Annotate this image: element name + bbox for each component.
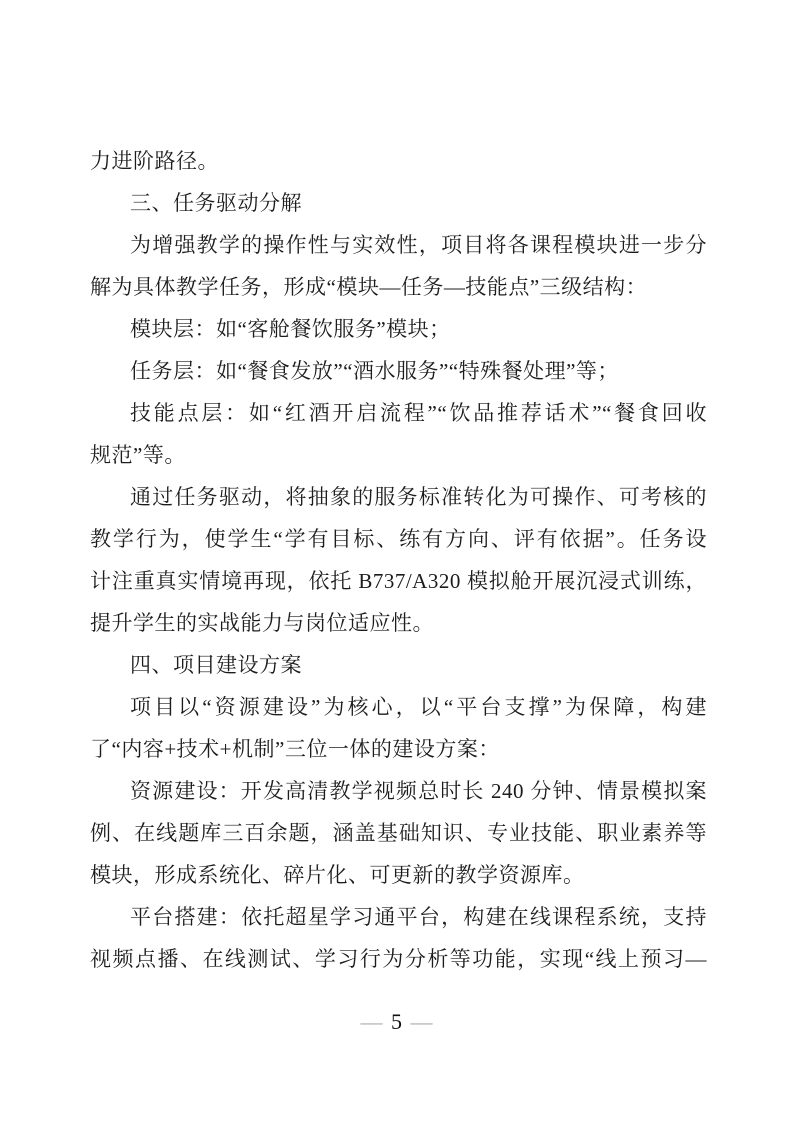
text-line: 平台搭建：依托超星学习通平台，构建在线课程系统，支持 [90,896,707,938]
text-line: 提升学生的实战能力与岗位适应性。 [90,602,707,644]
document-body: 力进阶路径。 三、任务驱动分解 为增强教学的操作性与实效性，项目将各课程模块进一… [90,140,707,980]
text-line: 项目以“资源建设”为核心，以“平台支撑”为保障，构建 [90,686,707,728]
text-line: 力进阶路径。 [90,140,707,182]
text-line: 教学行为，使学生“学有目标、练有方向、评有依据”。任务设 [90,518,707,560]
text-line: 规范”等。 [90,434,707,476]
document-page: 力进阶路径。 三、任务驱动分解 为增强教学的操作性与实效性，项目将各课程模块进一… [0,0,793,1122]
text-line: 技能点层：如“红酒开启流程”“饮品推荐话术”“餐食回收 [90,392,707,434]
text-line: 通过任务驱动，将抽象的服务标准转化为可操作、可考核的 [90,476,707,518]
text-line: 计注重真实情境再现，依托 B737/A320 模拟舱开展沉浸式训练， [90,560,707,602]
section-heading: 三、任务驱动分解 [90,182,707,224]
text-line: 为增强教学的操作性与实效性，项目将各课程模块进一步分 [90,224,707,266]
section-heading: 四、项目建设方案 [90,644,707,686]
text-line: 例、在线题库三百余题，涵盖基础知识、专业技能、职业素养等 [90,812,707,854]
footer-dash-left: — [358,1009,386,1034]
footer-dash-right: — [408,1009,436,1034]
text-line: 模块层：如“客舱餐饮服务”模块； [90,308,707,350]
text-line: 了“内容+技术+机制”三位一体的建设方案： [90,728,707,770]
text-line: 解为具体教学任务，形成“模块—任务—技能点”三级结构： [90,266,707,308]
text-line: 任务层：如“餐食发放”“酒水服务”“特殊餐处理”等； [90,350,707,392]
text-line: 视频点播、在线测试、学习行为分析等功能，实现“线上预习— [90,938,707,980]
text-line: 资源建设：开发高清教学视频总时长 240 分钟、情景模拟案 [90,770,707,812]
text-line: 模块，形成系统化、碎片化、可更新的教学资源库。 [90,854,707,896]
page-footer: — 5 — [0,1002,793,1042]
page-number: 5 [391,1009,402,1034]
